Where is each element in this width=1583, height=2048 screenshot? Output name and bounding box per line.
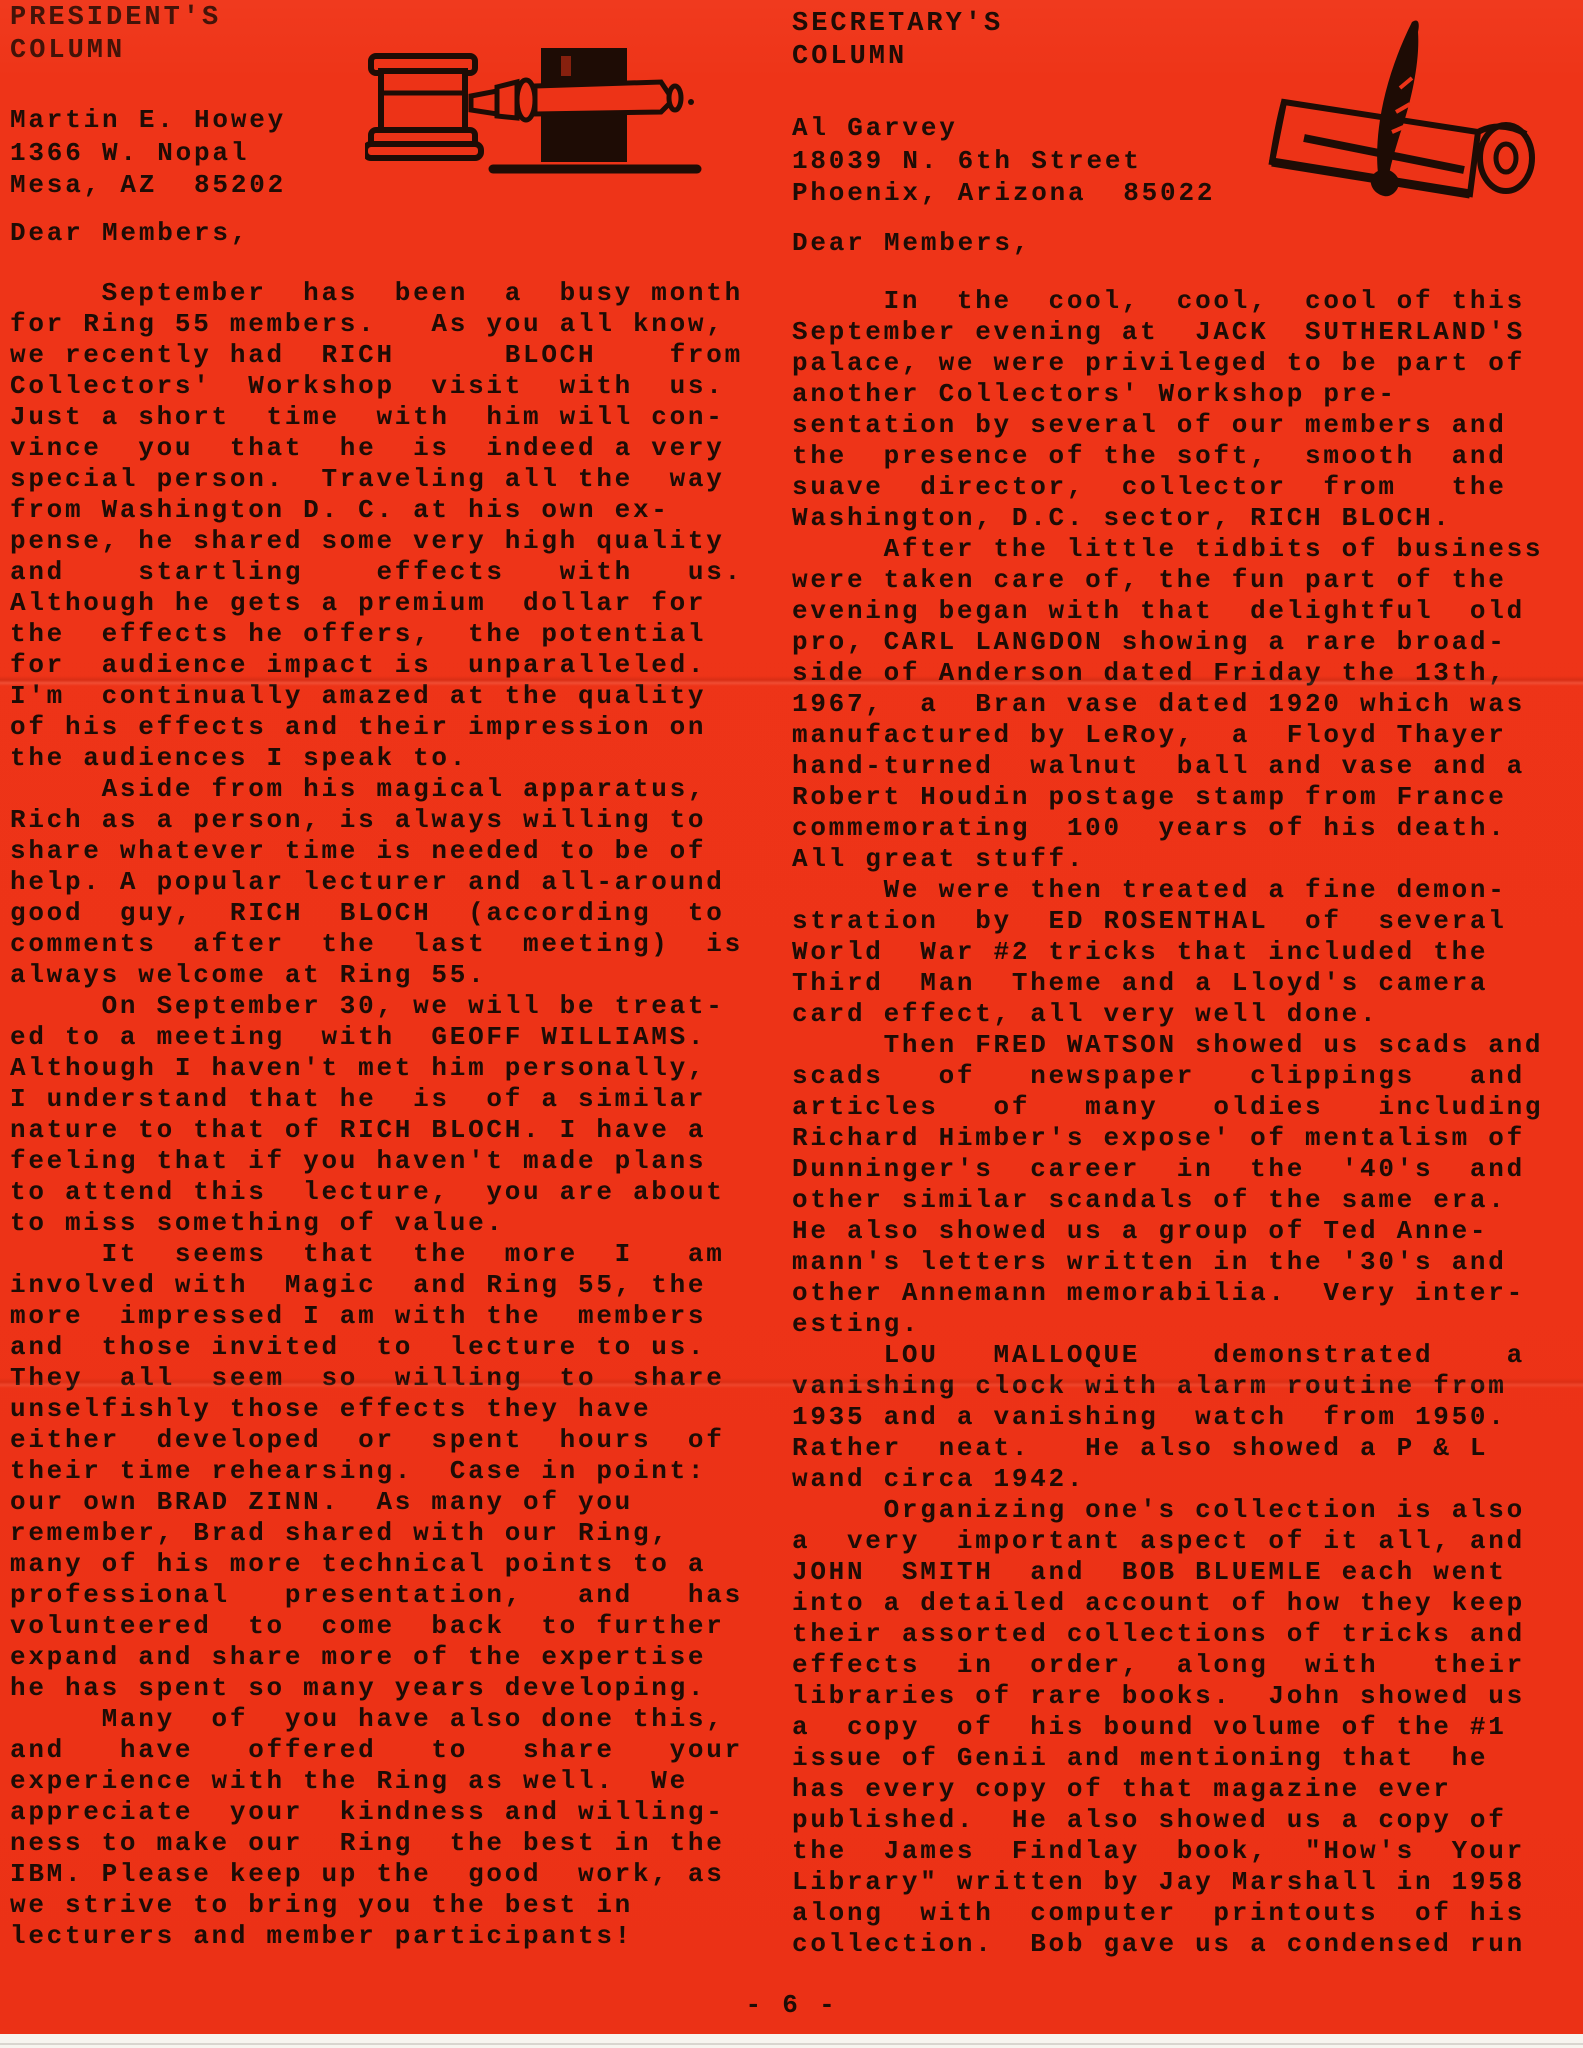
text-line: share whatever time is needed to be of <box>10 836 743 867</box>
text-line: Organizing one's collection is also <box>792 1495 1543 1526</box>
text-line: comments after the last meeting) is <box>10 929 743 960</box>
text-line: Then FRED WATSON showed us scads and <box>792 1030 1543 1061</box>
text-line: effects in order, along with their <box>792 1650 1543 1681</box>
text-line: nature to that of RICH BLOCH. I have a <box>10 1115 743 1146</box>
author-address-line: 18039 N. 6th Street <box>792 146 1142 176</box>
text-line: volunteered to come back to further <box>10 1611 743 1642</box>
salutation: Dear Members, <box>10 218 249 249</box>
text-line: and have offered to share your <box>10 1735 743 1766</box>
text-line: many of his more technical points to a <box>10 1549 743 1580</box>
text-line: card effect, all very well done. <box>792 999 1543 1030</box>
column-title-line2: COLUMN <box>792 42 907 72</box>
text-line: our own BRAD ZINN. As many of you <box>10 1487 743 1518</box>
text-line: JOHN SMITH and BOB BLUEMLE each went <box>792 1557 1543 1588</box>
text-line: Third Man Theme and a Lloyd's camera <box>792 968 1543 999</box>
text-line: either developed or spent hours of <box>10 1425 743 1456</box>
text-line: commemorating 100 years of his death. <box>792 813 1543 844</box>
text-line: a very important aspect of it all, and <box>792 1526 1543 1557</box>
text-line: After the little tidbits of business <box>792 534 1543 565</box>
text-line: suave director, collector from the <box>792 472 1543 503</box>
text-line: their assorted collections of tricks and <box>792 1619 1543 1650</box>
text-line: we recently had RICH BLOCH from <box>10 340 743 371</box>
text-line: for Ring 55 members. As you all know, <box>10 309 743 340</box>
text-line: their time rehearsing. Case in point: <box>10 1456 743 1487</box>
text-line: has every copy of that magazine ever <box>792 1774 1543 1805</box>
text-line: He also showed us a group of Ted Anne- <box>792 1216 1543 1247</box>
text-line: World War #2 tricks that included the <box>792 937 1543 968</box>
text-line: We were then treated a fine demon- <box>792 875 1543 906</box>
text-line: Rich as a person, is always willing to <box>10 805 743 836</box>
text-line: experience with the Ring as well. We <box>10 1766 743 1797</box>
text-line: Many of you have also done this, <box>10 1704 743 1735</box>
text-line: Aside from his magical apparatus, <box>10 774 743 805</box>
text-line: another Collectors' Workshop pre- <box>792 379 1543 410</box>
author-name: Al Garvey <box>792 113 958 143</box>
text-line: help. A popular lecturer and all-around <box>10 867 743 898</box>
text-line: of his effects and their impression on <box>10 712 743 743</box>
text-line: issue of Genii and mentioning that he <box>792 1743 1543 1774</box>
text-line: the audiences I speak to. <box>10 743 743 774</box>
text-line: from Washington D. C. at his own ex- <box>10 495 743 526</box>
text-line: scads of newspaper clippings and <box>792 1061 1543 1092</box>
quill-icon <box>1268 16 1560 208</box>
text-line: always welcome at Ring 55. <box>10 960 743 991</box>
text-line: more impressed I am with the members <box>10 1301 743 1332</box>
text-line: 1935 and a vanishing watch from 1950. <box>792 1402 1543 1433</box>
text-line: were taken care of, the fun part of the <box>792 565 1543 596</box>
text-line: I understand that he is of a similar <box>10 1084 743 1115</box>
scan-edge-line <box>0 2043 1583 2045</box>
text-line: for audience impact is unparalleled. <box>10 650 743 681</box>
text-line: Dunninger's career in the '40's and <box>792 1154 1543 1185</box>
text-line: vince you that he is indeed a very <box>10 433 743 464</box>
text-line: articles of many oldies including <box>792 1092 1543 1123</box>
text-line: to attend this lecture, you are about <box>10 1177 743 1208</box>
text-line: the James Findlay book, "How's Your <box>792 1836 1543 1867</box>
text-line: stration by ED ROSENTHAL of several <box>792 906 1543 937</box>
text-line: the presence of the soft, smooth and <box>792 441 1543 472</box>
text-line: the effects he offers, the potential <box>10 619 743 650</box>
column-title-line1: PRESIDENT'S <box>10 3 221 33</box>
text-line: Library" written by Jay Marshall in 1958 <box>792 1867 1543 1898</box>
secretarys-column: SECRETARY'SCOLUMN Al Garvey18039 N. 6th … <box>792 0 1562 2034</box>
text-line: LOU MALLOQUE demonstrated a <box>792 1340 1543 1371</box>
text-line: ed to a meeting with GEOFF WILLIAMS. <box>10 1022 743 1053</box>
text-line: On September 30, we will be treat- <box>10 991 743 1022</box>
text-line: side of Anderson dated Friday the 13th, <box>792 658 1543 689</box>
salutation: Dear Members, <box>792 228 1031 259</box>
text-line: In the cool, cool, cool of this <box>792 286 1543 317</box>
text-line: published. He also showed us a copy of <box>792 1805 1543 1836</box>
text-line: Robert Houdin postage stamp from France <box>792 782 1543 813</box>
column-title-line1: SECRETARY'S <box>792 9 1003 39</box>
text-line: special person. Traveling all the way <box>10 464 743 495</box>
text-line: 1967, a Bran vase dated 1920 which was <box>792 689 1543 720</box>
text-line: and startling effects with us. <box>10 557 743 588</box>
text-line: Just a short time with him will con- <box>10 402 743 433</box>
text-line: collection. Bob gave us a condensed run <box>792 1929 1543 1960</box>
text-line: into a detailed account of how they keep <box>792 1588 1543 1619</box>
text-line: September has been a busy month <box>10 278 743 309</box>
column-title-line2: COLUMN <box>10 36 125 66</box>
text-line: They all seem so willing to share <box>10 1363 743 1394</box>
text-line: involved with Magic and Ring 55, the <box>10 1270 743 1301</box>
text-line: good guy, RICH BLOCH (according to <box>10 898 743 929</box>
text-line: other similar scandals of the same era. <box>792 1185 1543 1216</box>
text-line: along with computer printouts of his <box>792 1898 1543 1929</box>
text-line: mann's letters written in the '30's and <box>792 1247 1543 1278</box>
text-line: a copy of his bound volume of the #1 <box>792 1712 1543 1743</box>
text-line: other Annemann memorabilia. Very inter- <box>792 1278 1543 1309</box>
text-line: sentation by several of our members and <box>792 410 1543 441</box>
author-address-line: Phoenix, Arizona 85022 <box>792 178 1215 208</box>
text-line: pro, CARL LANGDON showing a rare broad- <box>792 627 1543 658</box>
author-name: Martin E. Howey <box>10 105 286 135</box>
text-line: feeling that if you haven't made plans <box>10 1146 743 1177</box>
president-author-block: Martin E. Howey1366 W. NopalMesa, AZ 852… <box>10 104 286 202</box>
text-line: vanishing clock with alarm routine from <box>792 1371 1543 1402</box>
text-line: unselfishly those effects they have <box>10 1394 743 1425</box>
author-address-line: 1366 W. Nopal <box>10 138 249 168</box>
newsletter-page: PRESIDENT'SCOLUMN Martin E. Howey1366 W.… <box>0 0 1583 2034</box>
page-number: - 6 - <box>0 1990 1583 2020</box>
text-line: expand and share more of the expertise <box>10 1642 743 1673</box>
text-line: lecturers and member participants! <box>10 1921 743 1952</box>
presidents-column-title: PRESIDENT'SCOLUMN <box>10 2 221 68</box>
text-line: Richard Himber's expose' of mentalism of <box>792 1123 1543 1154</box>
author-address-line: Mesa, AZ 85202 <box>10 170 286 200</box>
text-line: September evening at JACK SUTHERLAND'S <box>792 317 1543 348</box>
text-line: libraries of rare books. John showed us <box>792 1681 1543 1712</box>
text-line: he has spent so many years developing. <box>10 1673 743 1704</box>
text-line: I'm continually amazed at the quality <box>10 681 743 712</box>
text-line: pense, he shared some very high quality <box>10 526 743 557</box>
column-body: In the cool, cool, cool of thisSeptember… <box>792 286 1543 1960</box>
text-line: Washington, D.C. sector, RICH BLOCH. <box>792 503 1543 534</box>
text-line: we strive to bring you the best in <box>10 1890 743 1921</box>
gavel-icon <box>365 48 705 180</box>
secretarys-column-title: SECRETARY'SCOLUMN <box>792 8 1003 74</box>
text-line: manufactured by LeRoy, a Floyd Thayer <box>792 720 1543 751</box>
text-line: and those invited to lecture to us. <box>10 1332 743 1363</box>
text-line: Although he gets a premium dollar for <box>10 588 743 619</box>
text-line: remember, Brad shared with our Ring, <box>10 1518 743 1549</box>
text-line: Although I haven't met him personally, <box>10 1053 743 1084</box>
text-line: wand circa 1942. <box>792 1464 1543 1495</box>
text-line: IBM. Please keep up the good work, as <box>10 1859 743 1890</box>
text-line: professional presentation, and has <box>10 1580 743 1611</box>
text-line: Collectors' Workshop visit with us. <box>10 371 743 402</box>
text-line: It seems that the more I am <box>10 1239 743 1270</box>
text-line: hand-turned walnut ball and vase and a <box>792 751 1543 782</box>
text-line: All great stuff. <box>792 844 1543 875</box>
text-line: Rather neat. He also showed a P & L <box>792 1433 1543 1464</box>
secretary-author-block: Al Garvey18039 N. 6th StreetPhoenix, Ari… <box>792 112 1215 210</box>
text-line: palace, we were privileged to be part of <box>792 348 1543 379</box>
text-line: esting. <box>792 1309 1543 1340</box>
text-line: evening began with that delightful old <box>792 596 1543 627</box>
text-line: to miss something of value. <box>10 1208 743 1239</box>
text-line: appreciate your kindness and willing- <box>10 1797 743 1828</box>
text-line: ness to make our Ring the best in the <box>10 1828 743 1859</box>
column-body: September has been a busy monthfor Ring … <box>10 278 743 1952</box>
presidents-column: PRESIDENT'SCOLUMN Martin E. Howey1366 W.… <box>10 0 772 2034</box>
